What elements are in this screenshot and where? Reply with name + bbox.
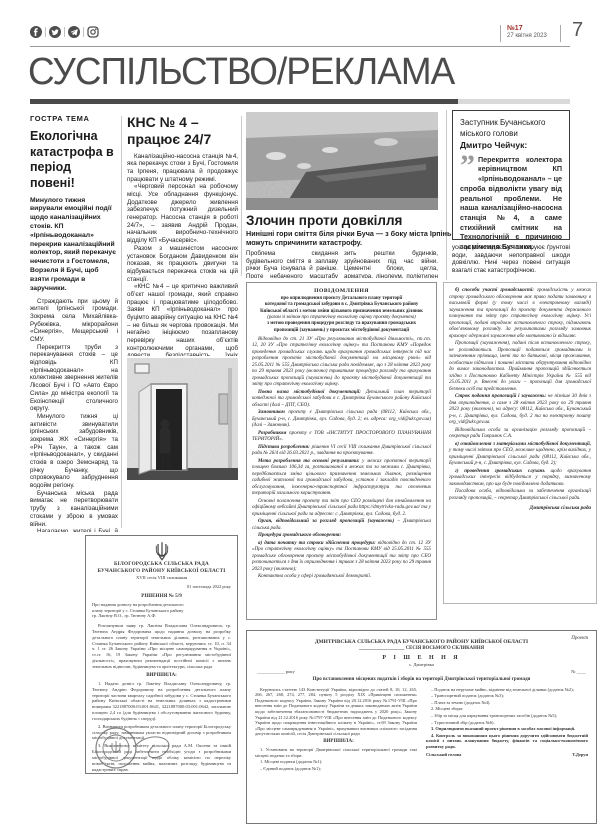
paragraph: Підстава розроблення: рішення VI сесії V…	[252, 445, 431, 458]
announcement-box: ПОВІДОМЛЕННЯ про оприлюднення проєкту Де…	[246, 282, 437, 620]
section-title: СУСПІЛЬСТВО/РЕКЛАМА	[28, 51, 454, 94]
announcement-header-line: котеджної та громадської забудови в с. Д…	[252, 302, 431, 308]
facebook-icon	[30, 26, 42, 38]
issue-info: №17 27 квітня 2023	[507, 25, 547, 40]
page-number: 7	[572, 19, 583, 42]
doc-session: ___________________ СЕСІЯ ВОСЬМОГО СКЛИК…	[247, 646, 596, 651]
doc-columns: Керуючись статтею 143 Конституції Україн…	[247, 687, 596, 783]
title-bar-light	[458, 99, 570, 104]
paragraph: Замовником проєкту є Дмитрівська сільськ…	[252, 410, 431, 430]
paragraph: Керуючись статтею 143 Конституції Україн…	[255, 687, 417, 737]
header-rule	[30, 46, 570, 47]
paragraph: Разом з машиністом насосних установок Бо…	[127, 245, 238, 283]
doc-date-blank: ____________ року	[257, 669, 295, 674]
announcement-header-line: пропозицій (зауважень) у проєктах містоб…	[252, 328, 431, 334]
column-rule	[446, 110, 447, 280]
announcement-header-line: з метою проведення процедури розгляду та…	[252, 321, 431, 327]
doc-number-blank: № ____	[571, 669, 586, 674]
list-item: – Туристичний збір (додаток №6).	[426, 720, 588, 726]
paragraph: «КНС №4 – це критично важливий об’єкт на…	[127, 283, 238, 356]
paragraph: Розробником проєкту є ТОВ «ІНСТИТУТ ПРОС…	[252, 431, 431, 444]
list-item: – Податок на нерухоме майно, відмінне ві…	[426, 687, 588, 693]
doc-number: РІШЕННЯ № 5/9	[86, 593, 237, 599]
announcement-continuation: б) способи участі громадськості: громадс…	[443, 282, 597, 604]
paragraph: г) проведення громадських слухань щодо в…	[449, 469, 591, 489]
list-item: 1. Установити на території Дмитрівської …	[255, 747, 417, 758]
paragraph: Процедура громадського обговорення:	[252, 533, 431, 540]
hot-topic-article: ГОСТРА ТЕМА Екологічна катастрофа в пері…	[30, 114, 118, 532]
quote-role-line1: Заступник Бучанського	[460, 118, 562, 129]
quotation-marks-icon: ”	[460, 158, 475, 175]
paragraph: Основні положення проєкту та звіт про СЕ…	[252, 499, 431, 519]
bilohorodka-decision-document: БІЛОГОРОДСЬКА СІЛЬСЬКА РАДА БУЧАНСЬКОГО …	[85, 535, 238, 774]
hot-topic-body: Страждають при цьому й жителі Ірпінської…	[30, 298, 118, 532]
paragraph: Відповідальна особа за організацію розгл…	[449, 428, 591, 441]
column-rule	[241, 116, 242, 276]
kns-building-photo	[127, 358, 238, 480]
paragraph: Розглянувши заяву гр. Лактіна Владислава…	[92, 623, 231, 670]
doc-resolved-heading: ВИРІШИЛА:	[86, 673, 237, 678]
hot-topic-lede: Минулого тижня вирували емоційні події щ…	[30, 197, 118, 294]
paragraph: Бучанська міська рада вимагає не перетво…	[30, 490, 118, 528]
doc-sign-right: Т.Дерун	[572, 752, 588, 758]
doc-place: с. Дмитрівка	[247, 662, 596, 667]
crime-col1: Проблема скидання будівельного сміття в …	[246, 250, 338, 278]
kns-article: КНС № 4 – працює 24/7 Каналізаційно-насо…	[127, 114, 238, 356]
list-item: 2. Місцеві збори:	[426, 706, 588, 712]
paragraph: Минулого тижня ці активісти звинуватили …	[30, 413, 118, 490]
doc-signature-row: Сільський голова Т.Дерун	[426, 752, 588, 758]
list-item: 1. Місцеві податки (додаток №1):	[255, 759, 417, 765]
doc-org-line1: БІЛОГОРОДСЬКА СІЛЬСЬКА РАДА	[86, 561, 237, 568]
doc-left-column: Керуючись статтею 143 Конституції Україн…	[255, 687, 417, 783]
paragraph: Перекриття труби з перекачування стоків …	[30, 344, 118, 413]
tryzub-emblem	[86, 541, 237, 561]
river-garbage-photo	[246, 112, 438, 210]
list-item: – Транспортний податок (додаток №3);	[426, 693, 588, 699]
doc-date: 01 листопада 2022 року	[86, 584, 231, 589]
list-item-bold: 3. Оприлюднити вказаний проект рішення в…	[426, 726, 588, 732]
official-quote-box: Заступник Бучанського міського голови Дм…	[452, 110, 570, 240]
doc-date-row: ____________ року № ____	[247, 669, 596, 674]
paragraph: 1. Надати дозвіл гр. Лактіну Владиславу …	[92, 681, 231, 722]
quote-role-line2: міського голови	[460, 129, 562, 140]
icon-separator	[45, 27, 46, 37]
newspaper-page: №17 27 квітня 2023 7 СУСПІЛЬСТВО/РЕКЛАМА…	[0, 0, 600, 830]
list-item: – Єдиний податок (додаток №1);	[255, 766, 417, 772]
announcement-signoff: Дмитрівська сільська рада	[449, 505, 591, 511]
paragraph: Каналізаційно-насосна станція №4, яка пе…	[127, 153, 238, 184]
doc-sign-left: Сільський голова	[426, 752, 461, 758]
quote-text: ”Перекриття колектора керівництвом КП «І…	[460, 155, 562, 252]
paragraph: Контактна особа у сфері громадянської де…	[252, 574, 431, 581]
paragraph: Повна назва містобудівної документації: …	[252, 390, 431, 410]
announcement-title: ПОВІДОМЛЕННЯ	[252, 288, 431, 294]
paragraph: Пропозиції (зауваження), подані після вс…	[449, 341, 591, 393]
paragraph: Мета розроблення та основні результати: …	[252, 459, 431, 498]
paragraph: Посадова особа, відповідальна за забезпе…	[449, 489, 591, 502]
doc-body: Розглянувши заяву гр. Лактіна Владислава…	[86, 623, 237, 670]
doc-org-line2: БУЧАНСЬКОГО РАЙОНУ КИЇВСЬКОЇ ОБЛАСТІ	[86, 568, 237, 575]
doc-right-column: – Податок на нерухоме майно, відмінне ві…	[426, 687, 588, 783]
hot-topic-title: Екологічна катастрофа в період повені!	[30, 129, 118, 192]
dmytrivka-decision-document: Проект ДМИТРІВСЬКА СІЛЬСЬКА РАДА БУЧАНСЬ…	[246, 630, 597, 824]
hot-topic-kicker: ГОСТРА ТЕМА	[30, 114, 118, 123]
round-official-seal	[92, 725, 182, 771]
icon-separator	[83, 27, 84, 37]
crime-col2: зить рештки будинків, зруйнованих під ча…	[344, 250, 438, 278]
paragraph: а) дата початку та строки здійснення про…	[252, 541, 431, 574]
paragraph: Страждають при цьому й жителі Ірпінської…	[30, 298, 118, 344]
header-divider	[500, 25, 501, 42]
issue-number: №17	[507, 25, 547, 33]
quote-name: Дмитро Чейчук:	[460, 140, 562, 151]
column-rule	[121, 116, 122, 528]
paragraph: «Черговий персонал на робочому місці. Ус…	[127, 183, 238, 245]
paragraph: в) ознайомлення з матеріалами містобудів…	[449, 442, 591, 468]
twitter-icon	[49, 26, 61, 38]
announcement-right-body: б) способи участі громадськості: громадс…	[449, 288, 591, 502]
social-icons-row	[30, 26, 99, 38]
doc-corner-label: Проект	[571, 636, 588, 641]
doc-session: XVII сесія VIII скликання	[86, 575, 237, 581]
title-bar-dark	[30, 99, 458, 104]
doc-resolved-heading: ВИРІШИЛА:	[255, 739, 417, 745]
paragraph: Орган, відповідальний за розгляд пропози…	[252, 519, 431, 532]
paragraph: Строк подання пропозицій і зауважень: не…	[449, 394, 591, 427]
list-item: – Плата за землю (додаток №4).	[426, 700, 588, 706]
paragraph: Нагадаємо, жителі і Бучі, й Ірпеня скида…	[30, 528, 118, 532]
doc-org: ДМИТРІВСЬКА СІЛЬСЬКА РАДА БУЧАНСЬКОГО РА…	[277, 639, 566, 646]
instagram-icon	[87, 26, 99, 38]
doc-type: Р І Ш Е Н Н Я	[247, 655, 596, 661]
paragraph: Відповідно до ст. 21 ЗУ «Про регулювання…	[252, 337, 431, 389]
kns-title: КНС № 4 – працює 24/7	[127, 114, 238, 148]
issue-date: 27 квітня 2023	[507, 33, 547, 40]
telegram-icon	[68, 26, 80, 38]
header-divider	[560, 25, 561, 42]
doc-title: Про встановлення місцевих податків і збо…	[261, 677, 582, 684]
announcement-left-body: Відповідно до ст. 21 ЗУ «Про регулювання…	[252, 337, 431, 581]
kns-body: Каналізаційно-насосна станція №4, яка пе…	[127, 153, 238, 356]
list-item-bold: 4. Контроль за виконанням цього рішення …	[426, 733, 588, 750]
icon-separator	[64, 27, 65, 37]
doc-subject: Про надання дозволу на розроблення детал…	[92, 602, 186, 619]
paragraph: б) способи участі громадськості: громадс…	[449, 288, 591, 340]
list-item: – Збір за місця для паркування транспорт…	[426, 713, 588, 719]
